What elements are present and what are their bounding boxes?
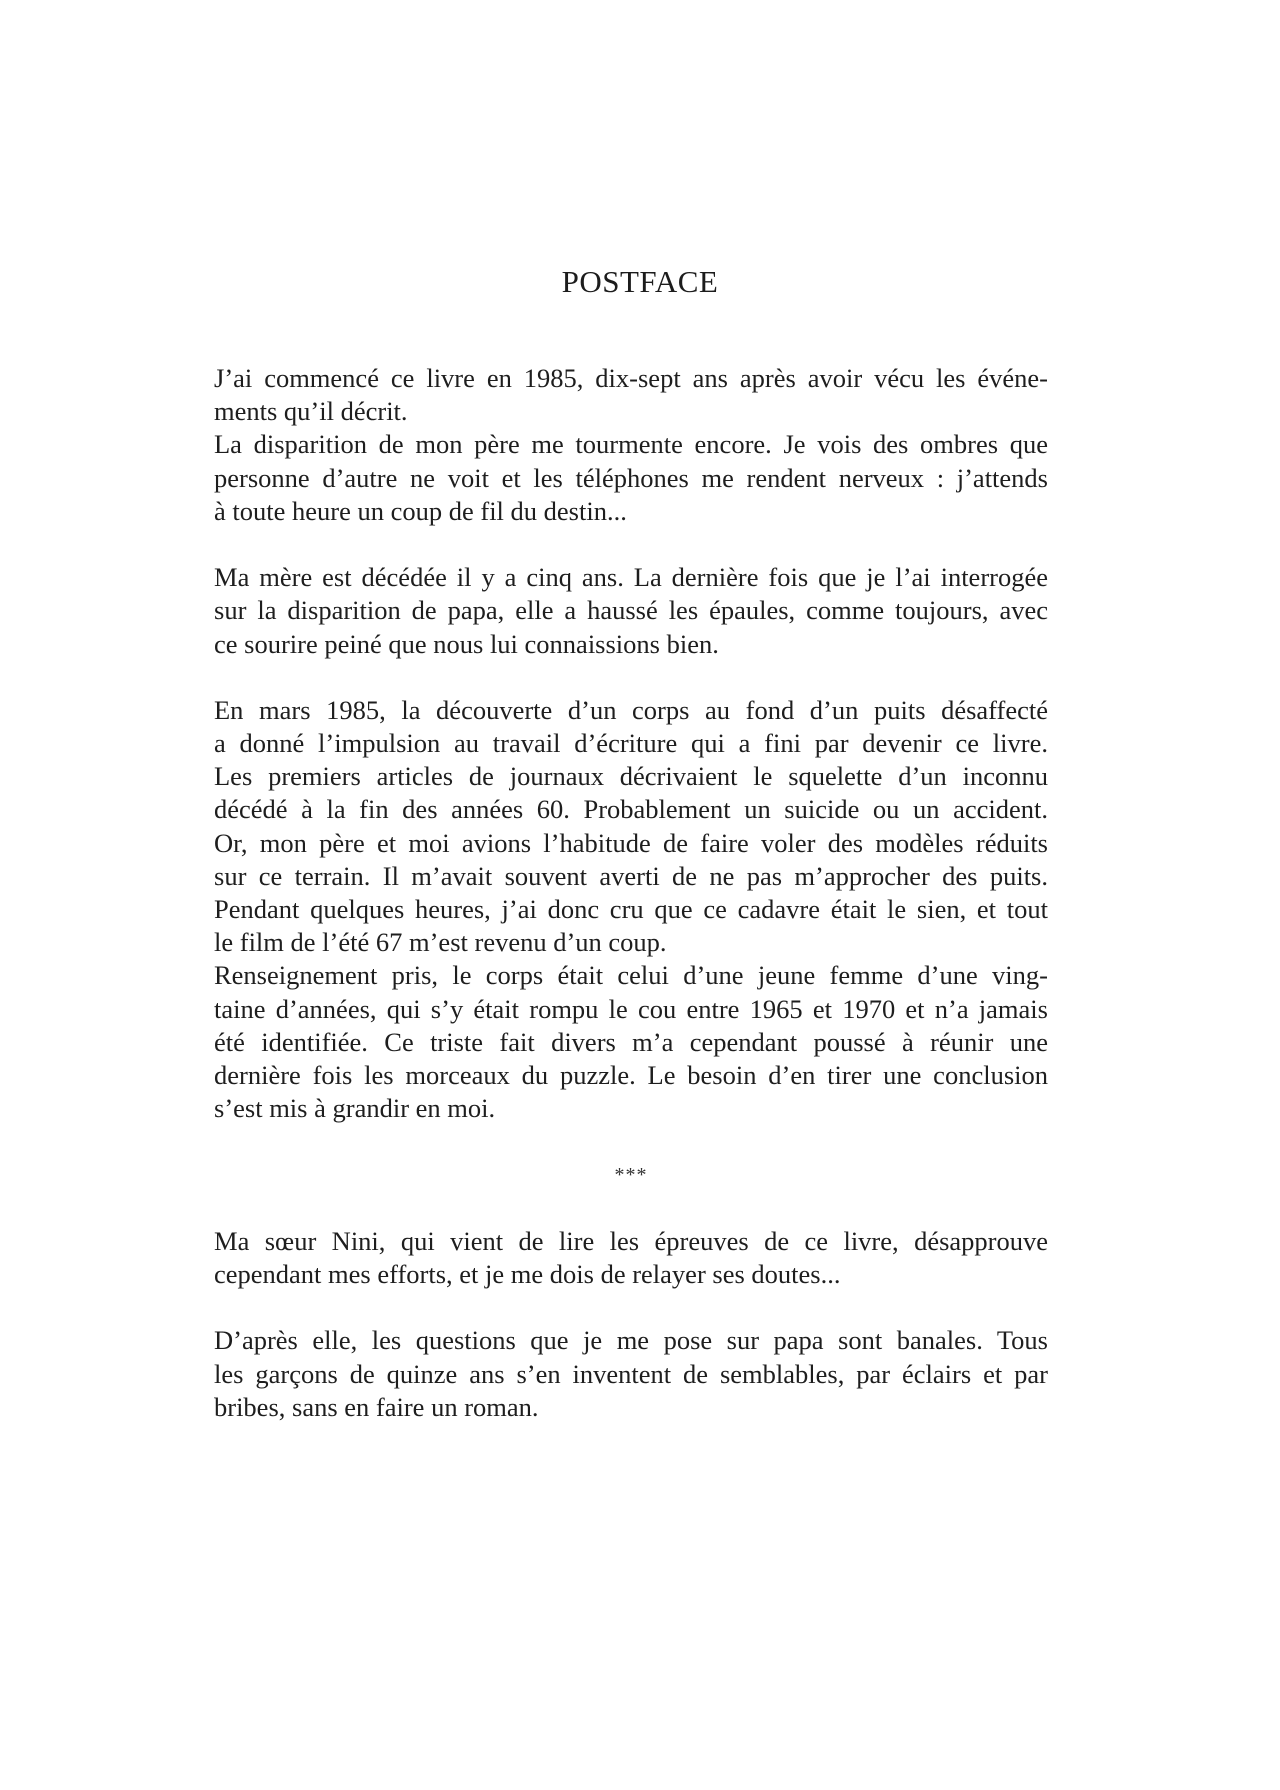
text-line: Ma sœur Nini, qui vient de lire les épre… bbox=[214, 1225, 1048, 1258]
paragraph: Ma mère est décédée il y a cinq ans. La … bbox=[214, 561, 1048, 661]
text-line: sur ce terrain. Il m’avait souvent avert… bbox=[214, 860, 1048, 893]
text-line: le film de l’été 67 m’est revenu d’un co… bbox=[214, 926, 1048, 959]
paragraph: La disparition de mon père me tourmente … bbox=[214, 428, 1048, 528]
paragraph: Renseignement pris, le corps était celui… bbox=[214, 959, 1048, 1125]
book-page: POSTFACE J’ai commencé ce livre en 1985,… bbox=[0, 0, 1280, 1790]
text-line: J’ai commencé ce livre en 1985, dix-sept… bbox=[214, 362, 1048, 395]
paragraph: D’après elle, les questions que je me po… bbox=[214, 1324, 1048, 1424]
paragraph-gap bbox=[214, 1192, 1048, 1225]
paragraph: Ma sœur Nini, qui vient de lire les épre… bbox=[214, 1225, 1048, 1291]
text-line: Les premiers articles de journaux décriv… bbox=[214, 760, 1048, 793]
paragraph: J’ai commencé ce livre en 1985, dix-sept… bbox=[214, 362, 1048, 428]
text-line: Renseignement pris, le corps était celui… bbox=[214, 959, 1048, 992]
text-line: dernière fois les morceaux du puzzle. Le… bbox=[214, 1059, 1048, 1092]
paragraph-gap bbox=[214, 528, 1048, 561]
text-line: été identifiée. Ce triste fait divers m’… bbox=[214, 1026, 1048, 1059]
text-line: les garçons de quinze ans s’en inventent… bbox=[214, 1358, 1048, 1391]
text-line: taine d’années, qui s’y était rompu le c… bbox=[214, 993, 1048, 1026]
text-line: La disparition de mon père me tourmente … bbox=[214, 428, 1048, 461]
text-line: personne d’autre ne voit et les téléphon… bbox=[214, 462, 1048, 495]
text-line: décédé à la fin des années 60. Probablem… bbox=[214, 793, 1048, 826]
page-title: POSTFACE bbox=[0, 262, 1280, 302]
text-line: ce sourire peiné que nous lui connaissio… bbox=[214, 628, 1048, 661]
text-line: bribes, sans en faire un roman. bbox=[214, 1391, 1048, 1424]
text-line: ments qu’il décrit. bbox=[214, 395, 1048, 428]
text-line: Pendant quelques heures, j’ai donc cru q… bbox=[214, 893, 1048, 926]
section-separator: *** bbox=[214, 1159, 1048, 1192]
text-line: D’après elle, les questions que je me po… bbox=[214, 1324, 1048, 1357]
text-line: Or, mon père et moi avions l’habitude de… bbox=[214, 827, 1048, 860]
text-line: En mars 1985, la découverte d’un corps a… bbox=[214, 694, 1048, 727]
text-line: a donné l’impulsion au travail d’écritur… bbox=[214, 727, 1048, 760]
paragraph: En mars 1985, la découverte d’un corps a… bbox=[214, 694, 1048, 960]
paragraph-gap bbox=[214, 1125, 1048, 1158]
text-line: à toute heure un coup de fil du destin..… bbox=[214, 495, 1048, 528]
text-line: Ma mère est décédée il y a cinq ans. La … bbox=[214, 561, 1048, 594]
paragraph-gap bbox=[214, 1291, 1048, 1324]
text-line: sur la disparition de papa, elle a hauss… bbox=[214, 594, 1048, 627]
paragraph-gap bbox=[214, 661, 1048, 694]
body-text: J’ai commencé ce livre en 1985, dix-sept… bbox=[214, 362, 1048, 1424]
text-line: cependant mes efforts, et je me dois de … bbox=[214, 1258, 1048, 1291]
text-line: s’est mis à grandir en moi. bbox=[214, 1092, 1048, 1125]
